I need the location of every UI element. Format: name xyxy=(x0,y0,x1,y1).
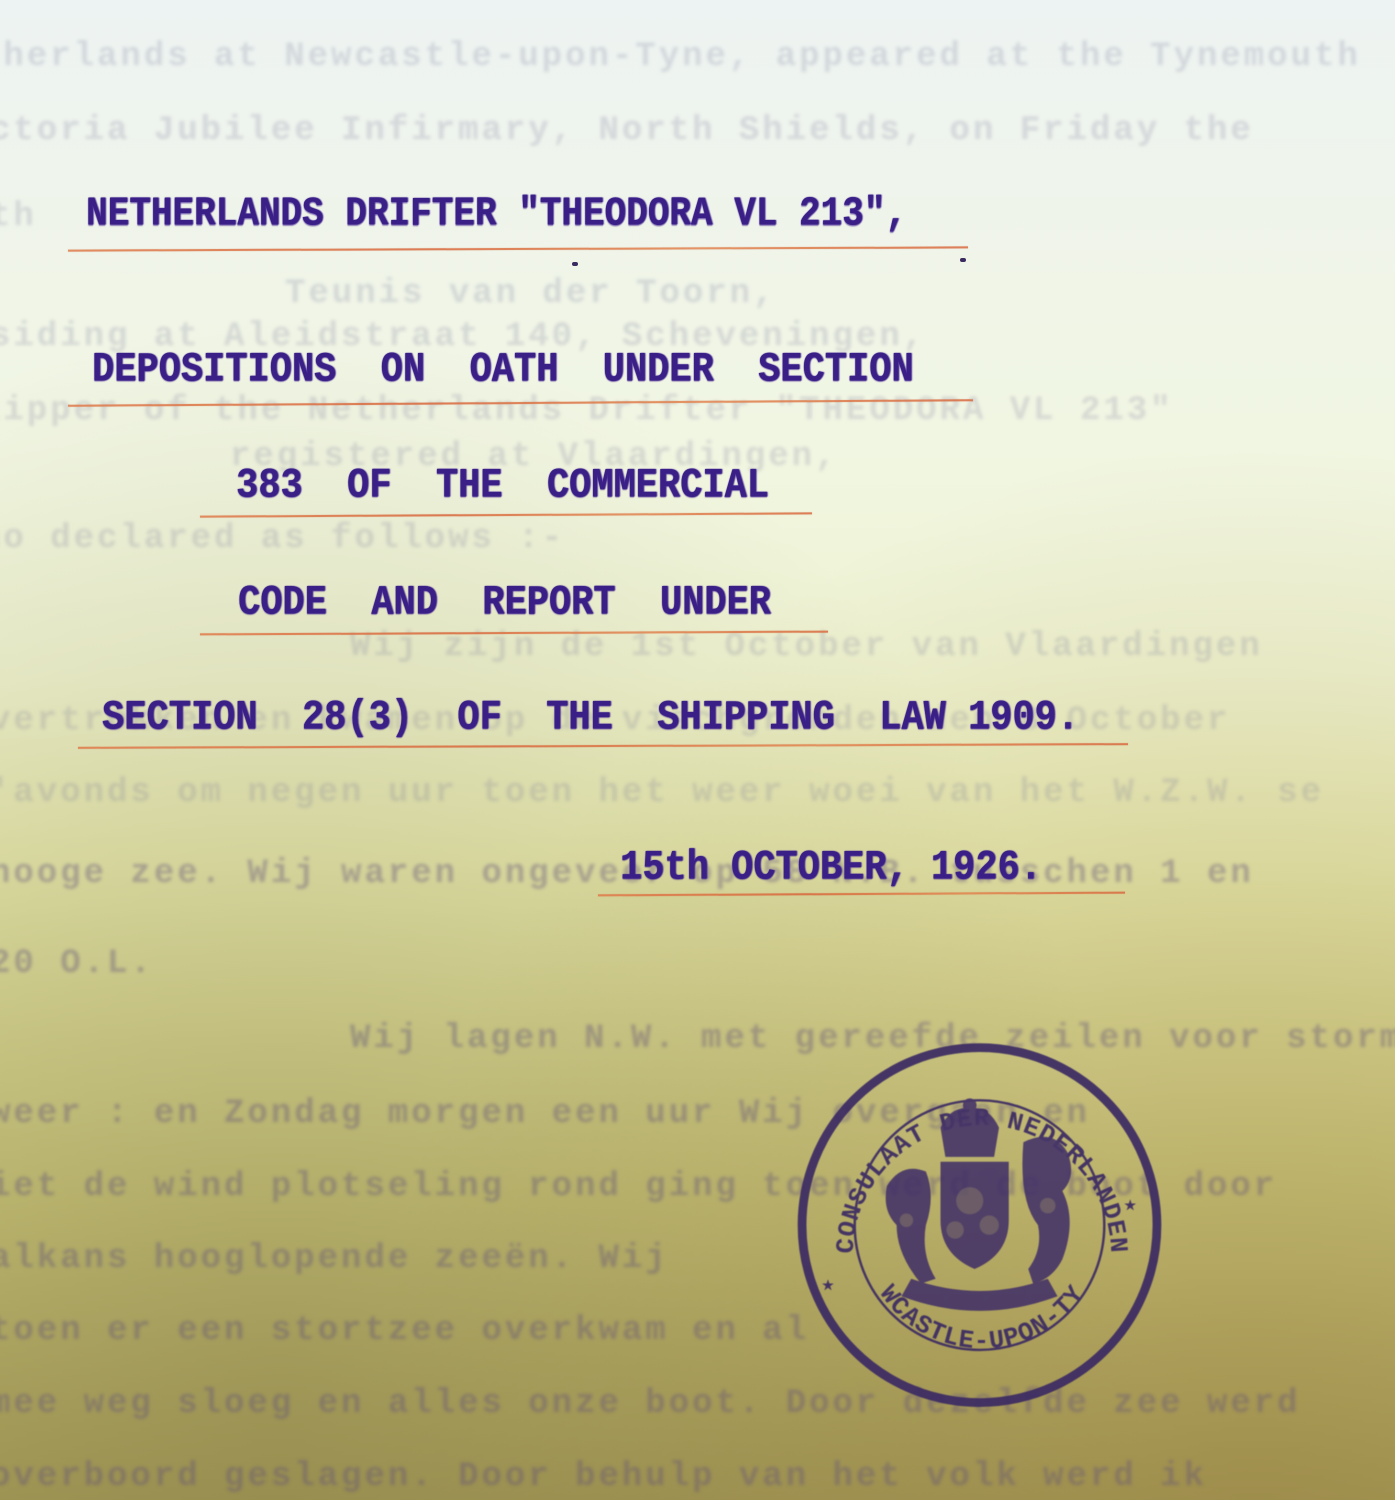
underline xyxy=(78,743,1128,749)
star-icon: ★ xyxy=(822,1273,835,1297)
title-line-4: CODE AND REPORT UNDER xyxy=(238,580,771,627)
title-line-2: DEPOSITIONS ON OATH UNDER SECTION xyxy=(92,347,914,394)
bleed-line: ctoria Jubilee Infirmary, North Shields,… xyxy=(0,112,1254,150)
bleed-line: overboord geslagen. Door behulp van het … xyxy=(0,1458,1207,1496)
title-line-5: SECTION 28(3) OF THE SHIPPING LAW 1909. xyxy=(102,695,1079,742)
ink-speck xyxy=(572,262,578,266)
underline xyxy=(200,631,828,636)
bleed-line: alkans hooglopende zeeën. Wij xyxy=(0,1240,669,1278)
consulate-stamp: CONSULAAT DER NEDERLANDEN NEWCASTLE-UPON… xyxy=(782,1035,1177,1425)
bleed-line: 'avonds om negen uur toen het weer woei … xyxy=(0,774,1324,812)
bleed-line: th xyxy=(0,198,37,236)
underline xyxy=(598,892,1125,897)
underline xyxy=(200,512,812,517)
title-line-1: NETHERLANDS DRIFTER "THEODORA VL 213", xyxy=(86,191,907,237)
bleed-line: 20 O.L. xyxy=(0,945,154,983)
bleed-line: ho declared as follows :- xyxy=(0,520,565,558)
bleed-line: therlands at Newcastle-upon-Tyne, appear… xyxy=(0,38,1361,76)
underline xyxy=(68,246,968,251)
ink-speck xyxy=(960,258,966,262)
star-icon: ★ xyxy=(1124,1194,1137,1218)
document-date: 15th OCTOBER, 1926. xyxy=(620,845,1042,892)
bleed-line: kipper of the Netherlands Drifter "THEOD… xyxy=(0,392,1174,430)
stamp-seal-icon: CONSULAAT DER NEDERLANDEN NEWCASTLE-UPON… xyxy=(782,1035,1177,1425)
bleed-line: Teunis van der Toorn, xyxy=(285,275,776,313)
bleed-line: toen er een stortzee overkwam en al xyxy=(0,1312,809,1350)
title-line-3: 383 OF THE COMMERCIAL xyxy=(236,463,769,510)
document-page: therlands at Newcastle-upon-Tyne, appear… xyxy=(0,0,1395,1500)
underline xyxy=(68,399,973,407)
